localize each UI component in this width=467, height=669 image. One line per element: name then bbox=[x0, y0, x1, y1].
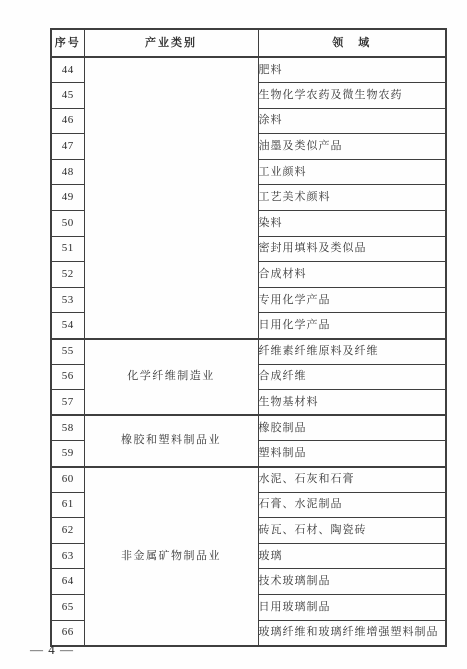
field-cell: 工艺美术颜料 bbox=[258, 185, 446, 211]
field-cell: 砖瓦、石材、陶瓷砖 bbox=[258, 518, 446, 544]
field-cell: 油墨及类似产品 bbox=[258, 134, 446, 160]
category-cell: 橡胶和塑料制品业 bbox=[84, 415, 258, 466]
serial-number-cell: 48 bbox=[51, 159, 84, 185]
field-cell: 肥料 bbox=[258, 57, 446, 83]
serial-number-cell: 54 bbox=[51, 313, 84, 339]
serial-number-cell: 62 bbox=[51, 518, 84, 544]
serial-number-cell: 50 bbox=[51, 211, 84, 237]
table-row: 58橡胶和塑料制品业橡胶制品 bbox=[51, 415, 446, 441]
field-cell: 涂料 bbox=[258, 108, 446, 134]
page-number: — 4 — bbox=[30, 642, 74, 658]
document-page: 序号 产业类别 领 域 44肥料45生物化学农药及微生物农药46涂料47油墨及类… bbox=[0, 0, 467, 669]
serial-number-cell: 52 bbox=[51, 262, 84, 288]
table-body: 44肥料45生物化学农药及微生物农药46涂料47油墨及类似产品48工业颜料49工… bbox=[51, 57, 446, 646]
serial-number-cell: 58 bbox=[51, 415, 84, 441]
serial-number-cell: 46 bbox=[51, 108, 84, 134]
col-header-field: 领 域 bbox=[258, 29, 446, 57]
field-cell: 纤维素纤维原料及纤维 bbox=[258, 339, 446, 365]
industry-field-table: 序号 产业类别 领 域 44肥料45生物化学农药及微生物农药46涂料47油墨及类… bbox=[50, 28, 447, 647]
serial-number-cell: 57 bbox=[51, 390, 84, 416]
field-cell: 密封用填料及类似品 bbox=[258, 236, 446, 262]
serial-number-cell: 59 bbox=[51, 441, 84, 467]
serial-number-cell: 65 bbox=[51, 594, 84, 620]
field-cell: 水泥、石灰和石膏 bbox=[258, 467, 446, 493]
field-cell: 日用玻璃制品 bbox=[258, 594, 446, 620]
serial-number-cell: 47 bbox=[51, 134, 84, 160]
serial-number-cell: 63 bbox=[51, 543, 84, 569]
field-cell: 塑料制品 bbox=[258, 441, 446, 467]
serial-number-cell: 64 bbox=[51, 569, 84, 595]
field-cell: 生物化学农药及微生物农药 bbox=[258, 83, 446, 109]
serial-number-cell: 45 bbox=[51, 83, 84, 109]
category-cell bbox=[84, 57, 258, 339]
field-cell: 合成材料 bbox=[258, 262, 446, 288]
serial-number-cell: 51 bbox=[51, 236, 84, 262]
serial-number-cell: 53 bbox=[51, 287, 84, 313]
serial-number-cell: 44 bbox=[51, 57, 84, 83]
field-cell: 生物基材料 bbox=[258, 390, 446, 416]
field-cell: 技术玻璃制品 bbox=[258, 569, 446, 595]
table-row: 44肥料 bbox=[51, 57, 446, 83]
category-cell: 化学纤维制造业 bbox=[84, 339, 258, 416]
col-header-serial: 序号 bbox=[51, 29, 84, 57]
field-cell: 合成纤维 bbox=[258, 364, 446, 390]
field-cell: 日用化学产品 bbox=[258, 313, 446, 339]
field-cell: 橡胶制品 bbox=[258, 415, 446, 441]
field-cell: 专用化学产品 bbox=[258, 287, 446, 313]
table-header-row: 序号 产业类别 领 域 bbox=[51, 29, 446, 57]
field-cell: 工业颜料 bbox=[258, 159, 446, 185]
table-row: 55化学纤维制造业纤维素纤维原料及纤维 bbox=[51, 339, 446, 365]
category-cell: 非金属矿物制品业 bbox=[84, 467, 258, 646]
serial-number-cell: 56 bbox=[51, 364, 84, 390]
field-cell: 玻璃 bbox=[258, 543, 446, 569]
field-cell: 玻璃纤维和玻璃纤维增强塑料制品 bbox=[258, 620, 446, 646]
field-cell: 染料 bbox=[258, 211, 446, 237]
field-cell: 石膏、水泥制品 bbox=[258, 492, 446, 518]
serial-number-cell: 49 bbox=[51, 185, 84, 211]
serial-number-cell: 55 bbox=[51, 339, 84, 365]
serial-number-cell: 61 bbox=[51, 492, 84, 518]
table-row: 60非金属矿物制品业水泥、石灰和石膏 bbox=[51, 467, 446, 493]
col-header-category: 产业类别 bbox=[84, 29, 258, 57]
serial-number-cell: 60 bbox=[51, 467, 84, 493]
